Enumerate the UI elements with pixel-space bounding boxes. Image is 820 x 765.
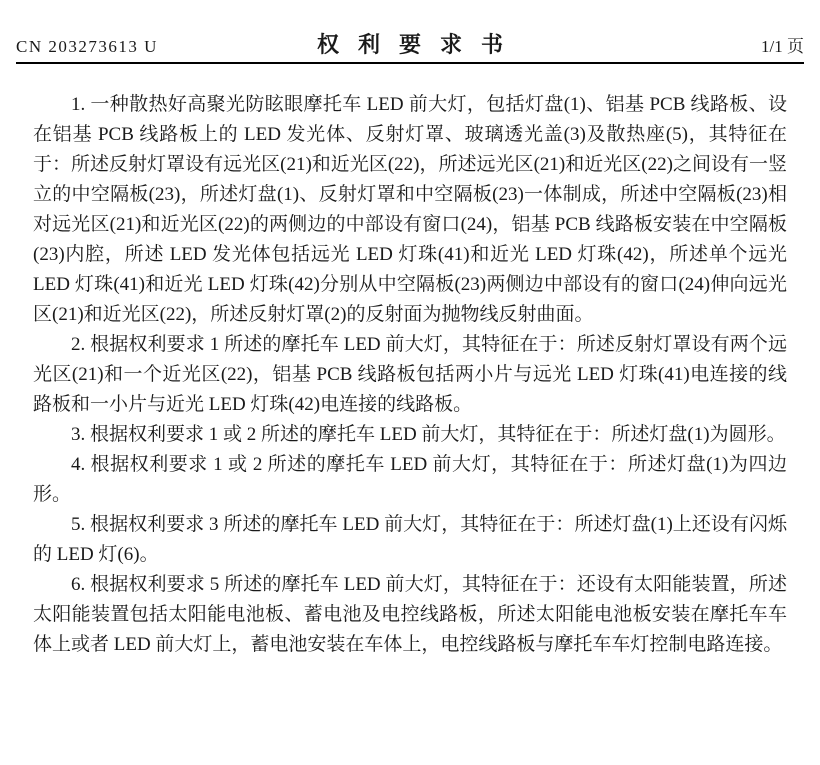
claim-paragraph-6: 6. 根据权利要求 5 所述的摩托车 LED 前大灯，其特征在于：还设有太阳能装… [33,570,787,660]
claim-paragraph-3: 3. 根据权利要求 1 或 2 所述的摩托车 LED 前大灯，其特征在于：所述灯… [33,420,787,450]
page-title: 权利要求书 [298,28,522,59]
claims-body: 1. 一种散热好高聚光防眩眼摩托车 LED 前大灯，包括灯盘(1)、铝基 PCB… [33,90,787,660]
header-divider [16,62,804,64]
page-header: CN 203273613 U 权利要求书 1/1 页 [16,0,804,62]
claim-paragraph-5: 5. 根据权利要求 3 所述的摩托车 LED 前大灯，其特征在于：所述灯盘(1)… [33,510,787,570]
page-number: 1/1 页 [761,32,804,57]
document-number: CN 203273613 U [16,37,158,57]
patent-claims-page: CN 203273613 U 权利要求书 1/1 页 1. 一种散热好高聚光防眩… [0,0,820,765]
claim-paragraph-2: 2. 根据权利要求 1 所述的摩托车 LED 前大灯，其特征在于：所述反射灯罩设… [33,330,787,420]
claim-paragraph-1: 1. 一种散热好高聚光防眩眼摩托车 LED 前大灯，包括灯盘(1)、铝基 PCB… [33,90,787,330]
claim-paragraph-4: 4. 根据权利要求 1 或 2 所述的摩托车 LED 前大灯，其特征在于：所述灯… [33,450,787,510]
